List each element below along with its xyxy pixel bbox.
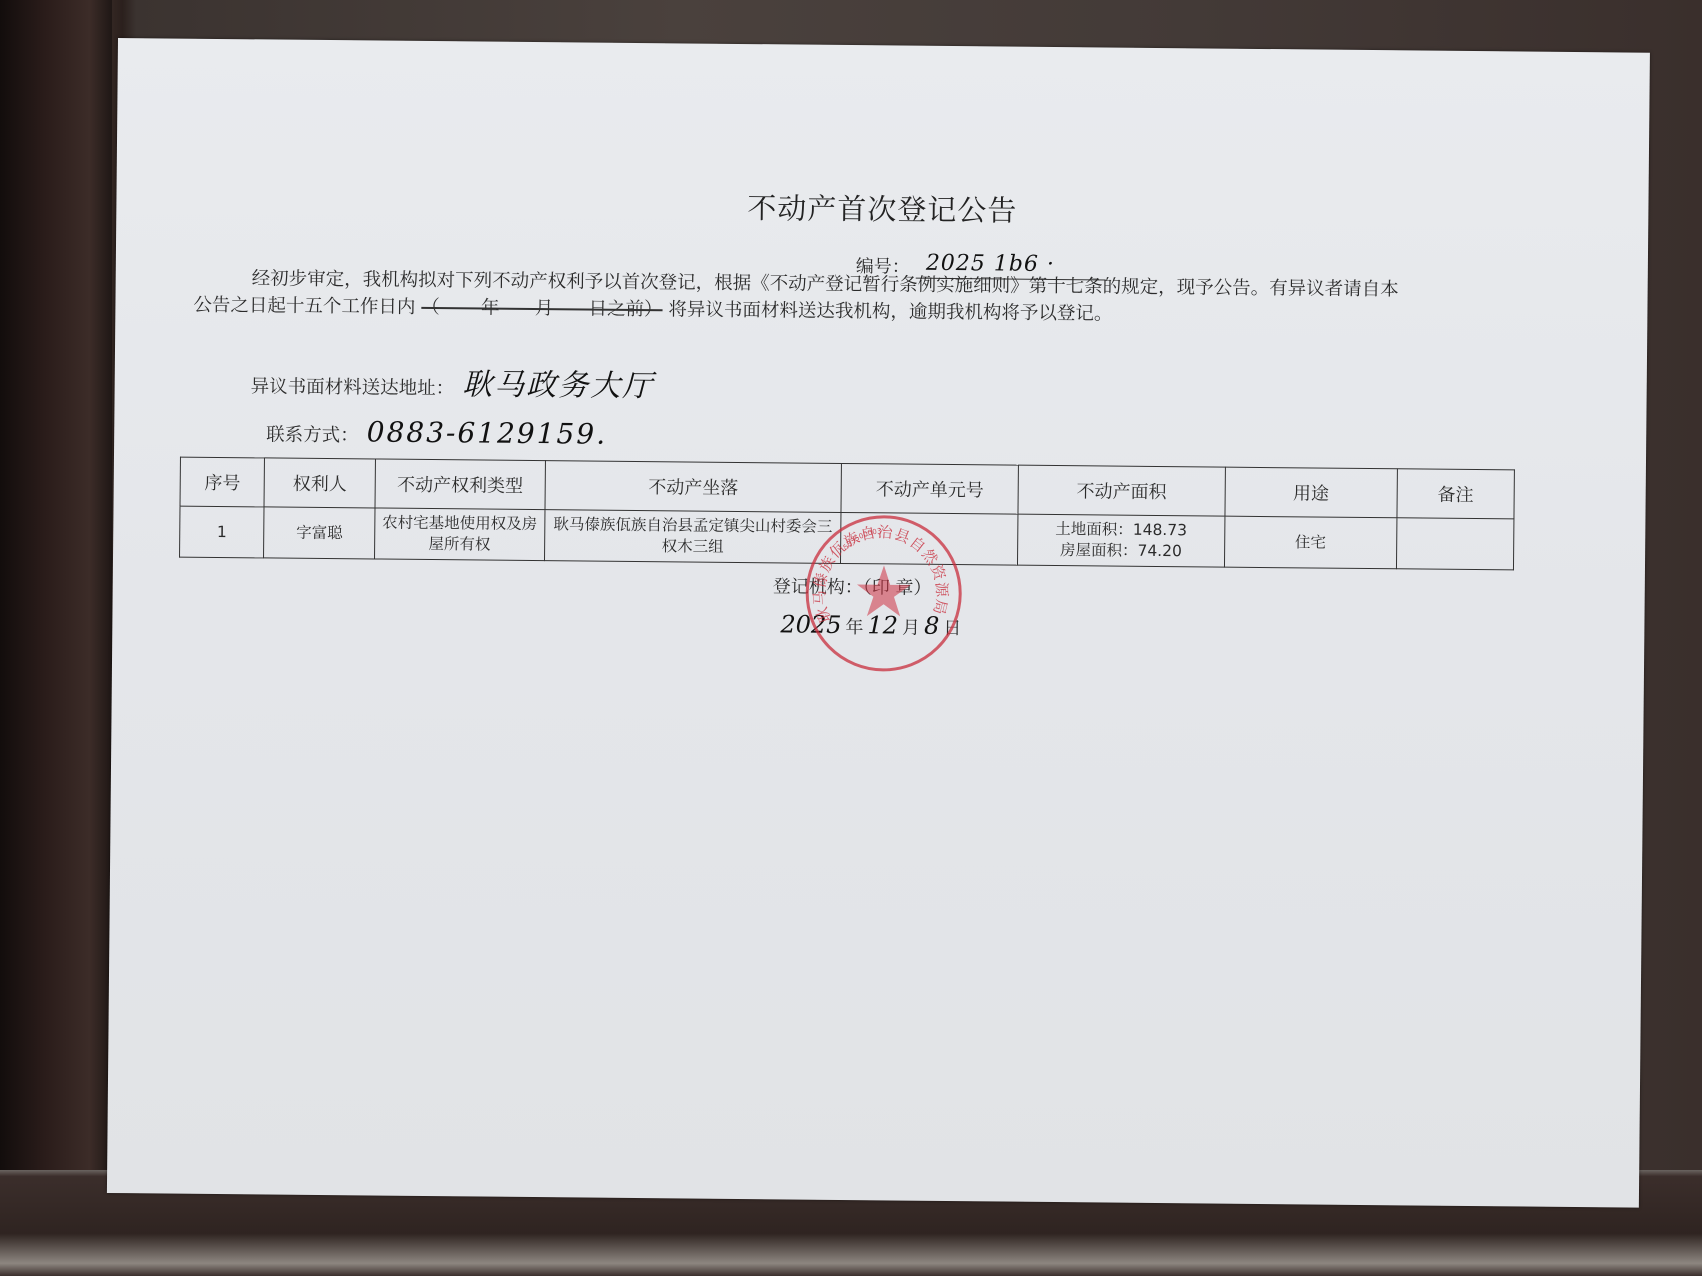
notice-body: 经初步审定，我机构拟对下列不动产权利予以首次登记，根据《不动产登记暂行条例实施细…: [193, 265, 1563, 332]
seal-text-ring: 耿马傣族佤族自治县自然资源局 5335000037: [805, 515, 956, 666]
deadline-struck-date: （ 年 月 日之前）: [421, 297, 662, 320]
objection-address: 异议书面材料送达地址： 耿马政务大厅: [251, 357, 655, 405]
header-unit-no: 不动产单元号: [841, 463, 1018, 514]
official-seal: ★ 耿马傣族佤族自治县自然资源局 5335000037: [805, 515, 962, 672]
cell-right-type: 农村宅基地使用权及房屋所有权: [374, 508, 544, 561]
header-location: 不动产坐落: [545, 461, 842, 513]
cell-use: 住宅: [1224, 516, 1396, 569]
svg-text:5335000037: 5335000037: [805, 515, 882, 552]
header-seq: 序号: [180, 457, 265, 507]
cell-owner: 字富聪: [264, 507, 375, 559]
contact-value: 0883-6129159.: [367, 415, 608, 450]
header-owner: 权利人: [264, 458, 375, 508]
deadline-suffix: 将异议书面材料送达我机构，逾期我机构将予以登记。: [668, 299, 1112, 324]
cell-seq: 1: [180, 506, 265, 558]
header-area: 不动产面积: [1018, 465, 1225, 516]
land-area: 土地面积：148.73: [1022, 519, 1220, 542]
seal-code: 5335000037: [805, 515, 882, 552]
address-value: 耿马政务大厅: [462, 359, 654, 405]
address-label: 异议书面材料送达地址：: [251, 372, 455, 400]
deadline-prefix: 公告之日起十五个工作日内: [193, 295, 415, 318]
cell-note: [1396, 518, 1514, 570]
seal-text: 耿马傣族佤族自治县自然资源局: [810, 522, 952, 626]
header-note: 备注: [1397, 469, 1515, 519]
contact-label: 联系方式：: [266, 420, 359, 447]
cell-area: 土地面积：148.73 房屋面积：74.20: [1017, 514, 1224, 567]
house-area: 房屋面积：74.20: [1022, 540, 1220, 563]
header-right-type: 不动产权利类型: [375, 459, 545, 510]
page-title: 不动产首次登记公告: [116, 180, 1648, 236]
cell-location: 耿马傣族佤族自治县孟定镇尖山村委会三权木三组: [544, 510, 841, 564]
background-post: [0, 0, 112, 1276]
contact-info: 联系方式： 0883-6129159.: [266, 414, 607, 450]
svg-text:耿马傣族佤族自治县自然资源局: 耿马傣族佤族自治县自然资源局: [810, 522, 952, 626]
header-use: 用途: [1225, 467, 1397, 518]
notice-paper: 不动产首次登记公告 编号： 2025 1b6 · 经初步审定，我机构拟对下列不动…: [107, 38, 1650, 1208]
